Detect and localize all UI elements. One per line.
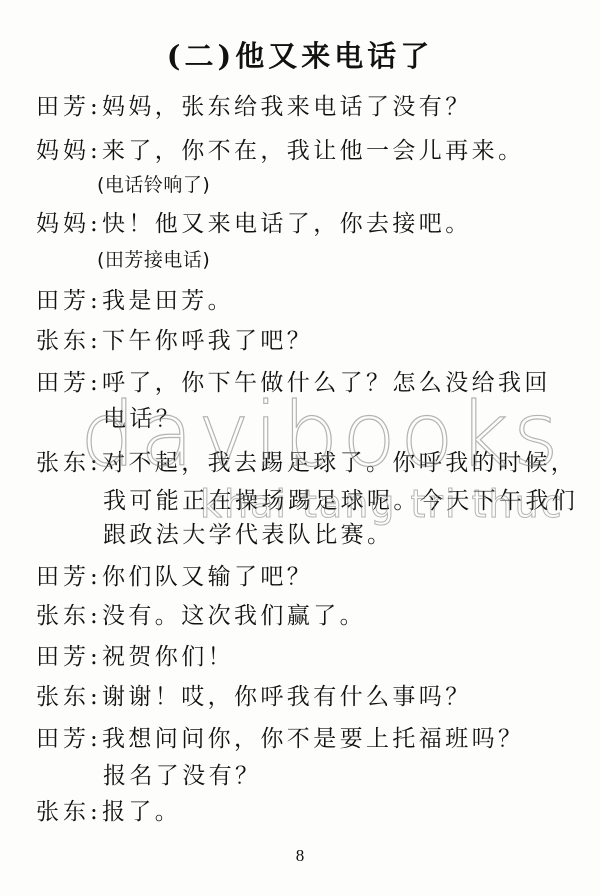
speaker: 妈妈: — [36, 205, 102, 238]
stage-direction: (田芳接电话) — [97, 245, 210, 272]
utterance: 你们队又输了吧？ — [102, 564, 313, 590]
dialogue-line: 田芳:我想问问你，你不是要上托福班吗？ — [36, 720, 524, 753]
utterance: 没有。这次我们赢了。 — [102, 603, 366, 629]
speaker: 妈妈: — [36, 132, 102, 165]
speaker: 田芳: — [36, 558, 102, 591]
utterance: 我是田芳。 — [102, 288, 234, 314]
utterance: 快！他又来电话了，你去接吧。 — [102, 211, 472, 237]
utterance: 来了，你不在，我让他一会儿再来。 — [102, 138, 524, 164]
page-number: 8 — [0, 846, 600, 866]
speaker: 田芳: — [36, 282, 102, 315]
dialogue-line: 田芳:我是田芳。 — [36, 282, 234, 315]
dialogue-line: 张东:报了。 — [36, 793, 181, 826]
utterance: 报了。 — [102, 799, 181, 825]
speaker: 田芳: — [36, 88, 102, 121]
speaker: 张东: — [36, 597, 102, 630]
speaker: 张东: — [36, 678, 102, 711]
utterance: 妈妈，张东给我来电话了没有？ — [102, 94, 472, 120]
dialogue-line: 田芳:祝贺你们！ — [36, 638, 234, 671]
utterance: 我想问问你，你不是要上托福班吗？ — [102, 726, 524, 752]
watermark-logo: davibooks — [80, 383, 563, 486]
dialogue-line: 妈妈:来了，你不在，我让他一会儿再来。 — [36, 132, 524, 165]
dialogue-line: 张东:没有。这次我们赢了。 — [36, 597, 366, 630]
speaker: 田芳: — [36, 638, 102, 671]
section-title: (二)他又来电话了 — [0, 34, 600, 75]
dialogue-line: 田芳:妈妈，张东给我来电话了没有？ — [36, 88, 472, 121]
speaker: 张东: — [36, 322, 102, 355]
speaker: 张东: — [36, 793, 102, 826]
dialogue-line: 妈妈:快！他又来电话了，你去接吧。 — [36, 205, 472, 238]
utterance: 下午你呼我了吧？ — [102, 328, 313, 354]
speaker: 田芳: — [36, 720, 102, 753]
watermark-tagline: khai tang tri thuc — [200, 482, 564, 526]
utterance: 祝贺你们！ — [102, 644, 234, 670]
dialogue-line: 田芳:你们队又输了吧？ — [36, 558, 313, 591]
stage-direction: (电话铃响了) — [97, 170, 210, 197]
dialogue-line: 张东:下午你呼我了吧？ — [36, 322, 313, 355]
utterance-continuation: 报名了没有？ — [103, 757, 261, 790]
dialogue-line: 张东:谢谢！哎，你呼我有什么事吗？ — [36, 678, 472, 711]
utterance: 谢谢！哎，你呼我有什么事吗？ — [102, 684, 472, 710]
